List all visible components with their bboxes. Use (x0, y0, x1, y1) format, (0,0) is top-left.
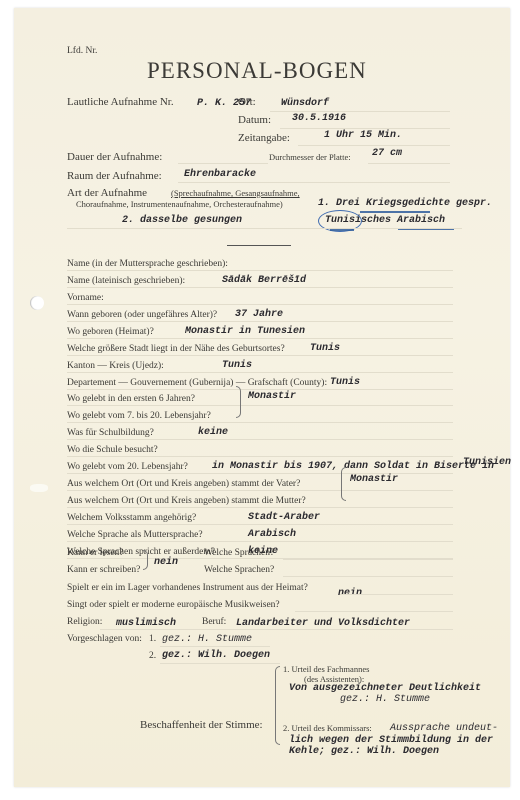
ort-line (270, 111, 450, 112)
field-value: in Monastir bis 1907, dann Soldat in Bis… (212, 461, 494, 472)
vorgeschlagen-2-line (160, 663, 280, 664)
field-value: Stadt-Araber (248, 512, 320, 523)
field-line (67, 338, 453, 339)
art-label: Art der Aufnahme (67, 187, 147, 199)
instrument-line (340, 594, 453, 595)
field-label: Wo gelebt vom 7. bis 20. Lebensjahr? (67, 411, 211, 421)
vorgeschlagen-label: Vorgeschlagen von: (67, 634, 142, 644)
art-options-line1: (Sprechaufnahme, Gesangsaufnahme, (171, 188, 300, 198)
art-line (67, 228, 462, 229)
field-line (67, 524, 453, 525)
urteil2-value-2: lich wegen der Stimmbildung in der (289, 735, 493, 746)
raum-line (178, 182, 450, 183)
page-title: PERSONAL-BOGEN (147, 58, 367, 84)
instrument-label: Spielt er ein im Lager vorhandenes Instr… (67, 583, 308, 593)
datum-label: Datum: (238, 114, 271, 126)
blue-underline-1 (360, 211, 430, 213)
urteil2-label: 2. Urteil des Kommissars: (283, 723, 372, 733)
vorgeschlagen-2-num: 2. (149, 651, 156, 661)
field-label: Name (in der Muttersprache geschrieben): (67, 259, 228, 269)
paper-tear (30, 484, 48, 492)
vorgeschlagen-1-line (160, 646, 270, 647)
field-line (67, 490, 453, 491)
field-line (67, 507, 453, 508)
parents-value: Monastir (350, 474, 398, 485)
zeitangabe-label: Zeitangabe: (238, 132, 290, 144)
field-label: Welche Sprache als Muttersprache? (67, 530, 203, 540)
field-line (67, 439, 453, 440)
field-label: Wo gelebt vom 20. Lebensjahr? (67, 462, 188, 472)
field-label: Name (lateinisch geschrieben): (67, 276, 185, 286)
field-line (67, 389, 453, 390)
durchmesser-line (368, 163, 450, 164)
lfd-nr-label: Lfd. Nr. (67, 46, 97, 56)
lesen-line (283, 559, 453, 560)
field-label: Wann geboren (oder ungefähres Alter)? (67, 310, 217, 320)
field-line (67, 422, 453, 423)
urteil1-value-2: gez.: H. Stumme (340, 694, 430, 705)
urteil1-value-1: Von ausgezeichneter Deutlichkeit (289, 683, 481, 694)
field-label: Vorname: (67, 293, 104, 303)
field-label: Wo gelebt in den ersten 6 Jahren? (67, 394, 195, 404)
art-options-line2: Choraufnahme, Instrumentenaufnahme, Orch… (76, 199, 283, 209)
datum-value: 30.5.1916 (292, 113, 346, 124)
zeitangabe-line (298, 145, 450, 146)
section-divider (227, 245, 291, 246)
field-line (67, 355, 453, 356)
art-value-1: 1. Drei Kriegsgedichte gespr. (318, 198, 492, 209)
field-label: Kanton — Kreis (Ujedz): (67, 361, 164, 371)
datum-line (280, 128, 450, 129)
vorgeschlagen-1-value: gez.: H. Stumme (162, 634, 252, 645)
field-value: Monastir in Tunesien (185, 326, 305, 337)
field-line (67, 270, 453, 271)
field-line (67, 287, 453, 288)
beruf-value: Landarbeiter und Volksdichter (236, 618, 410, 629)
religion-line (100, 629, 453, 630)
welche-sprachen-label-1: Welche Sprachen? (204, 548, 274, 558)
field-label: Wo geboren (Heimat)? (67, 327, 154, 337)
art-value-2: 2. dasselbe gesungen (122, 215, 242, 226)
field-line (67, 321, 453, 322)
voice-label: Beschaffenheit der Stimme: (140, 719, 263, 731)
schreiben-label: Kann er schreiben? (67, 565, 140, 575)
urteil2-value-1: Aussprache undeut- (390, 723, 498, 734)
field-label: Welchem Volksstamm angehörig? (67, 513, 196, 523)
field-line (67, 541, 453, 542)
ort-value: Wünsdorf (281, 98, 329, 109)
field-line (67, 405, 453, 406)
vorgeschlagen-1-num: 1. (149, 634, 156, 644)
durchmesser-value: 27 cm (372, 148, 402, 159)
brace-lived (236, 386, 241, 418)
urteil1-label-1: 1. Urteil des Fachmannes (283, 664, 369, 674)
field-label: Wo die Schule besucht? (67, 445, 158, 455)
dauer-line (178, 163, 268, 164)
urteil2-value-3: Kehle; gez.: Wilh. Doegen (289, 746, 439, 757)
punch-hole (30, 296, 44, 310)
field-value: Arabisch (248, 529, 296, 540)
field-line (67, 304, 453, 305)
brace-voice (275, 666, 280, 745)
field-label: Aus welchem Ort (Ort und Kreis angeben) … (67, 496, 306, 506)
field-label: Was für Schulbildung? (67, 428, 154, 438)
religion-label: Religion: (67, 617, 102, 627)
musik-label: Singt oder spielt er moderne europäische… (67, 600, 280, 610)
field-value: Tunis (310, 343, 340, 354)
lesen-label: Kann er lesen? (67, 548, 123, 558)
field-value: Tunis (222, 360, 252, 371)
lesen-schreiben-value: nein (154, 557, 178, 568)
religion-value: muslimisch (116, 618, 176, 629)
field-line (67, 372, 453, 373)
field-label: Aus welchem Ort (Ort und Kreis angeben) … (67, 479, 300, 489)
field-value: Sādāk Berrēšīd (222, 275, 306, 286)
field-value: 37 Jahre (235, 309, 283, 320)
vorgeschlagen-2-value: gez.: Wilh. Doegen (162, 650, 270, 661)
lived-20-cont: Tunisien (463, 457, 511, 468)
brace-lesen (143, 550, 148, 570)
durchmesser-label: Durchmesser der Platte: (269, 152, 351, 162)
raum-label: Raum der Aufnahme: (67, 170, 162, 182)
zeitangabe-value: 1 Uhr 15 Min. (324, 130, 402, 141)
field-value: keine (198, 427, 228, 438)
musik-line (295, 611, 453, 612)
ort-label: Ort: (238, 96, 256, 108)
welche-sprachen-label-2: Welche Sprachen? (204, 565, 274, 575)
aufnahme-nr-label: Lautliche Aufnahme Nr. (67, 96, 174, 108)
dauer-label: Dauer der Aufnahme: (67, 151, 162, 163)
field-label: Welche größere Stadt liegt in der Nähe d… (67, 344, 285, 354)
raum-value: Ehrenbaracke (184, 169, 256, 180)
brace-parents (341, 467, 346, 501)
lived-6-20-value: Monastir (248, 391, 296, 402)
beruf-label: Beruf: (202, 617, 226, 627)
field-label: Departement — Gouvernement (Gubernija) —… (67, 378, 327, 388)
field-value: Tunis (330, 377, 360, 388)
field-line (67, 456, 453, 457)
blue-underline-2 (330, 229, 354, 231)
schreiben-line (283, 576, 453, 577)
